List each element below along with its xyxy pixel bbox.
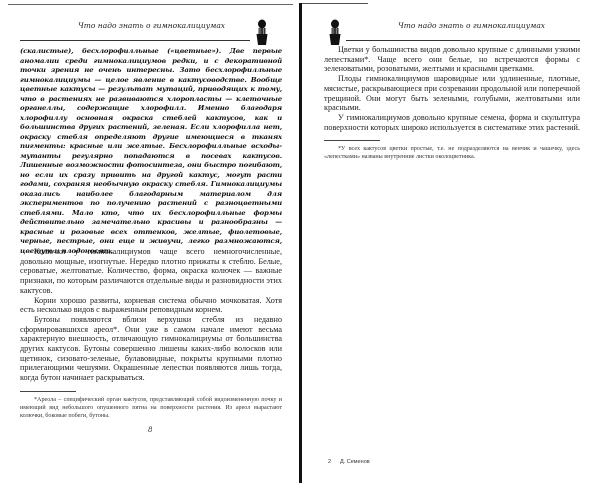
folio-number: 2 <box>328 459 331 465</box>
header-rule <box>20 40 250 41</box>
body-text: Цветки у большинства видов довольно круп… <box>324 45 580 161</box>
paragraph-fruits: Плоды гимнокалициумов шаровидные или удл… <box>324 74 580 113</box>
paragraph-buds: Бутоны появляются вблизи верхушки стебля… <box>20 315 282 383</box>
running-head: Что надо знать о гимнокалициумах <box>78 21 225 30</box>
book-spine-divider <box>299 3 302 483</box>
running-head: Что надо знать о гимнокалициумах <box>398 21 545 30</box>
page-top-edge <box>302 3 368 4</box>
handwritten-paragraph: (скалистые), бесхлорофилльные («цветные»… <box>20 47 282 256</box>
paragraph-spines: Колючки у гимнокалициумов чаще всего нем… <box>20 247 282 296</box>
handwritten-text: (скалистые), бесхлорофилльные («цветные»… <box>20 47 282 256</box>
cactus-pot-icon <box>254 18 270 46</box>
footnote-rule <box>324 140 380 141</box>
cactus-pot-icon <box>327 18 343 46</box>
footnote: *Ареола – специфический орган кактусов, … <box>20 396 282 420</box>
body-text: Колючки у гимнокалициумов чаще всего нем… <box>20 247 282 420</box>
paragraph-seeds: У гимнокалициумов довольно крупные семен… <box>324 113 580 132</box>
paragraph-roots: Корни хорошо развиты, корневая система о… <box>20 296 282 315</box>
page-number: 8 <box>148 426 152 434</box>
footnote-rule <box>20 391 76 392</box>
folio-author: Д. Семенов <box>340 459 370 465</box>
paragraph-flowers: Цветки у большинства видов довольно круп… <box>324 45 580 74</box>
header-rule <box>346 40 580 41</box>
page-top-edge <box>8 4 293 5</box>
footnote: *У всех кактусов цветки простые, т.е. не… <box>324 145 580 161</box>
